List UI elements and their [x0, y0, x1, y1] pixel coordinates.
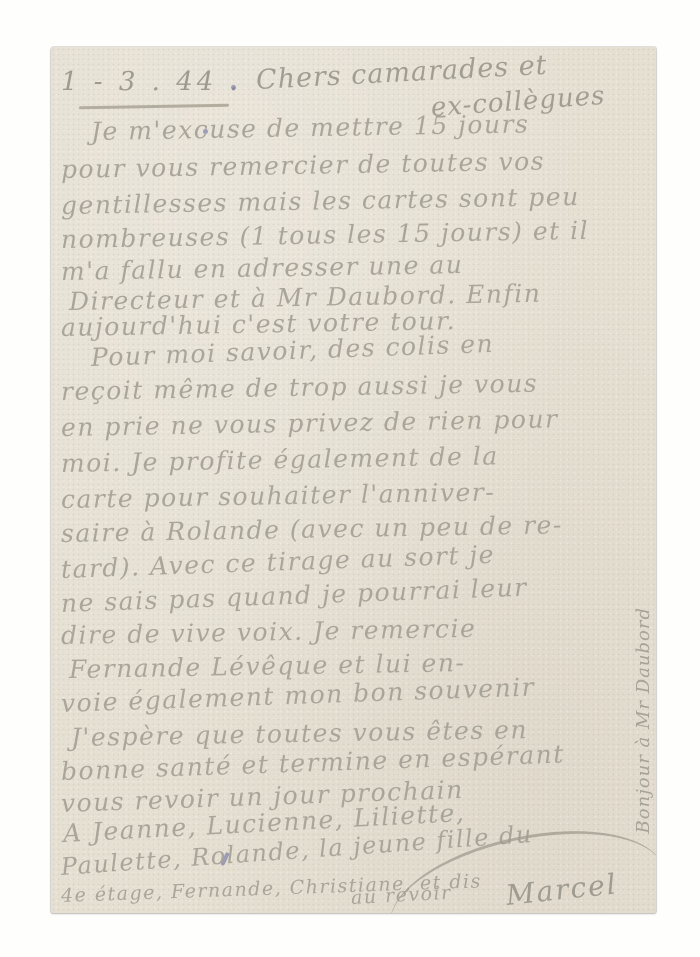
body-line: gentillesses mais les cartes sont peu [61, 182, 580, 220]
body-line: reçoit même de trop aussi je vous [61, 369, 539, 406]
body-line: carte pour souhaiter l'anniver- [61, 477, 496, 514]
body-line: moi. Je profite également de la [61, 441, 499, 478]
body-line: dire de vive voix. Je remercie [61, 614, 477, 650]
margin-note: Bonjour à Mr Daubord [633, 607, 654, 833]
ink-speck [231, 85, 236, 90]
postcard: 1 - 3 . 44 . Chers camarades et ex-collè… [51, 47, 656, 913]
scan-background: 1 - 3 . 44 . Chers camarades et ex-collè… [0, 0, 700, 957]
body-line: Je m'excuse de mettre 15 jours [91, 109, 530, 146]
body-line: pour vous remercier de toutes vos [61, 147, 545, 184]
letter-date: 1 - 3 . 44 . [61, 67, 242, 97]
body-line: en prie ne vous privez de rien pour [61, 404, 559, 442]
body-line: nombreuses (1 tous les 15 jours) et il [61, 216, 590, 254]
date-underline [79, 104, 229, 110]
